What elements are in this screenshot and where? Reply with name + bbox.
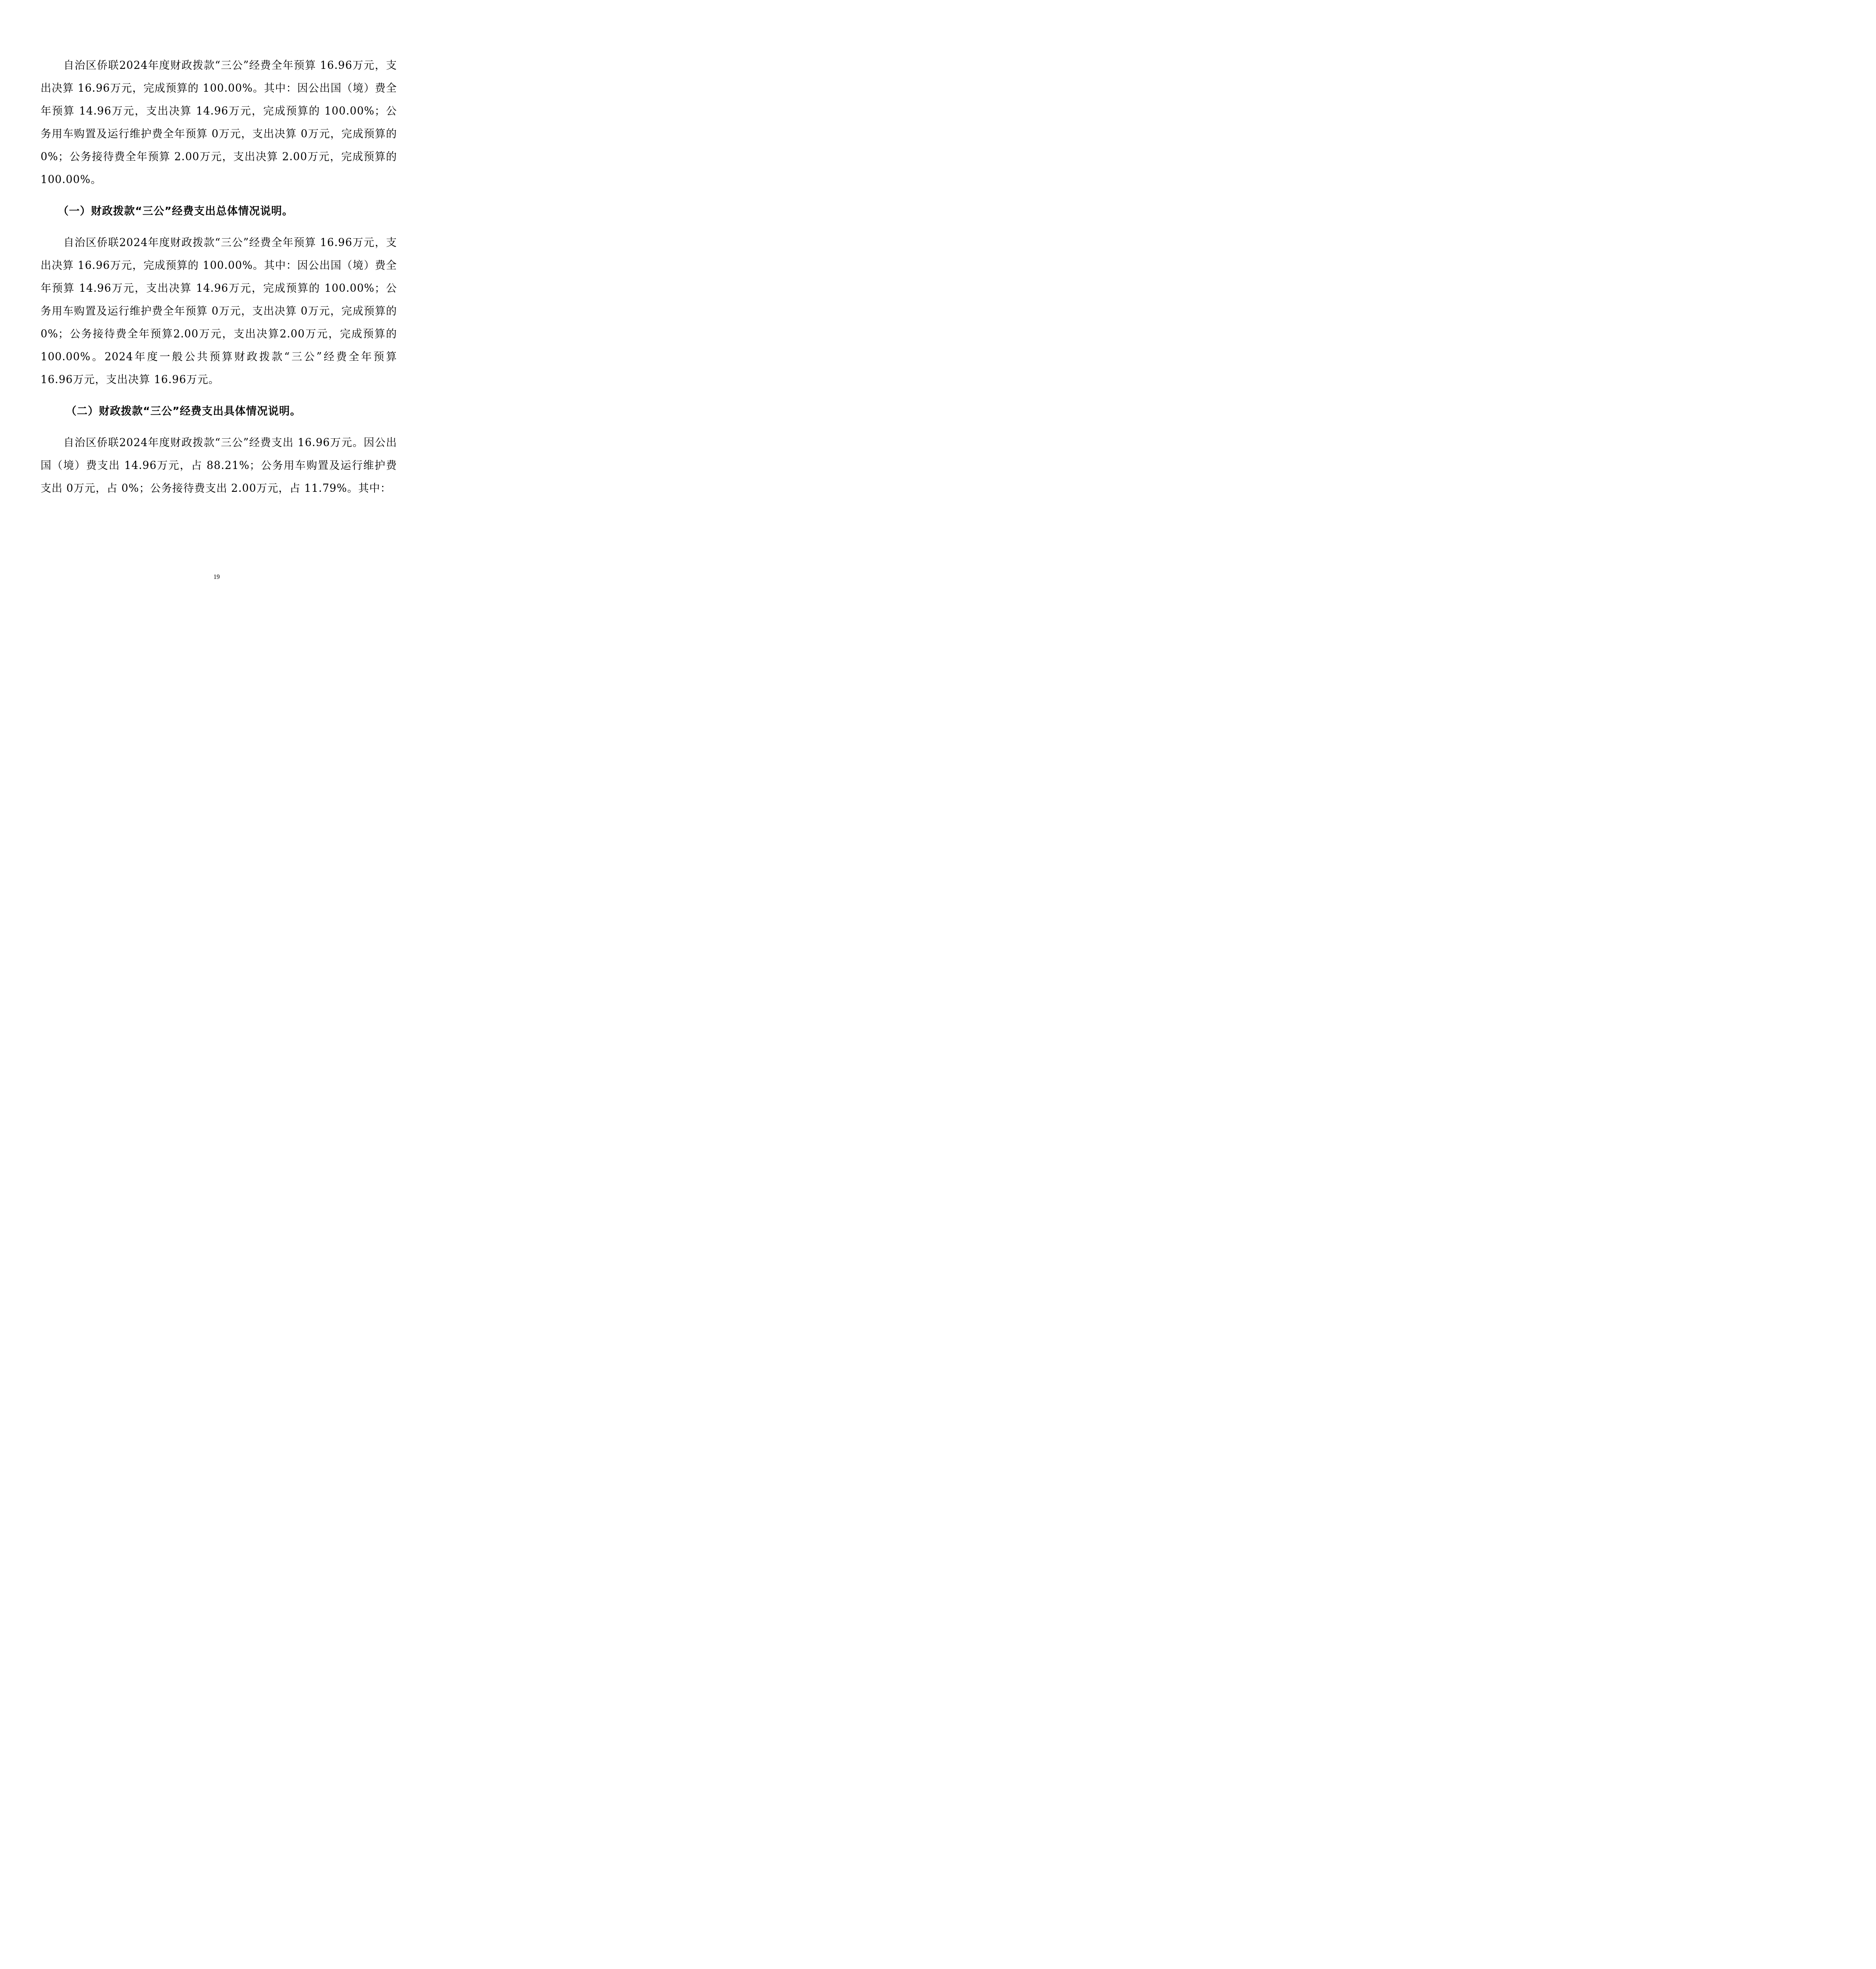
section-heading-1: （一）财政拨款“三公”经费支出总体情况说明。 xyxy=(41,200,397,223)
intro-paragraph: 自治区侨联2024年度财政拨款“三公”经费全年预算 16.96万元，支出决算 1… xyxy=(41,54,397,191)
document-body: 自治区侨联2024年度财政拨款“三公”经费全年预算 16.96万元，支出决算 1… xyxy=(41,54,397,500)
section-2-paragraph: 自治区侨联2024年度财政拨款“三公”经费支出 16.96万元。因公出国（境）费… xyxy=(41,432,397,500)
document-page: 自治区侨联2024年度财政拨款“三公”经费全年预算 16.96万元，支出决算 1… xyxy=(0,0,433,613)
section-heading-2: （二）财政拨款“三公”经费支出具体情况说明。 xyxy=(41,400,397,423)
section-1-paragraph: 自治区侨联2024年度财政拨款“三公”经费全年预算 16.96万元，支出决算 1… xyxy=(41,232,397,391)
page-number: 19 xyxy=(0,574,433,581)
